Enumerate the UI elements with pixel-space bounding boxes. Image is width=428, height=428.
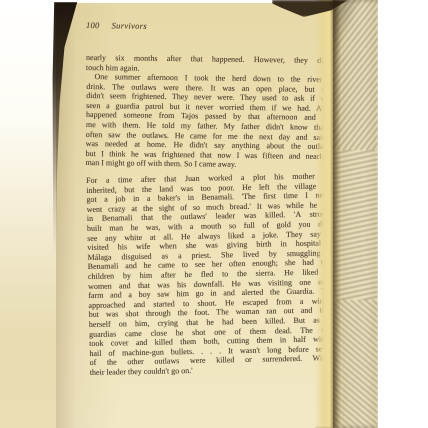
curl-crease-shadow [333,0,341,428]
right-page-curl [333,0,378,428]
running-head: Survivors [112,20,147,30]
backdrop-right [378,0,428,428]
body-text: nearly six months after that happened. H… [86,53,335,378]
paragraph: For a time after that Juan worked a plot… [86,171,339,377]
book-photo: 100Survivors nearly six months after tha… [0,0,428,428]
left-page: 100Survivors nearly six months after tha… [56,3,334,428]
page-edge-highlight [315,0,334,428]
page-number: 100 [86,20,100,30]
page-header: 100Survivors [86,20,147,31]
backdrop-left [0,0,57,428]
paragraph: One summer afternoon I took the herd dow… [85,72,335,171]
